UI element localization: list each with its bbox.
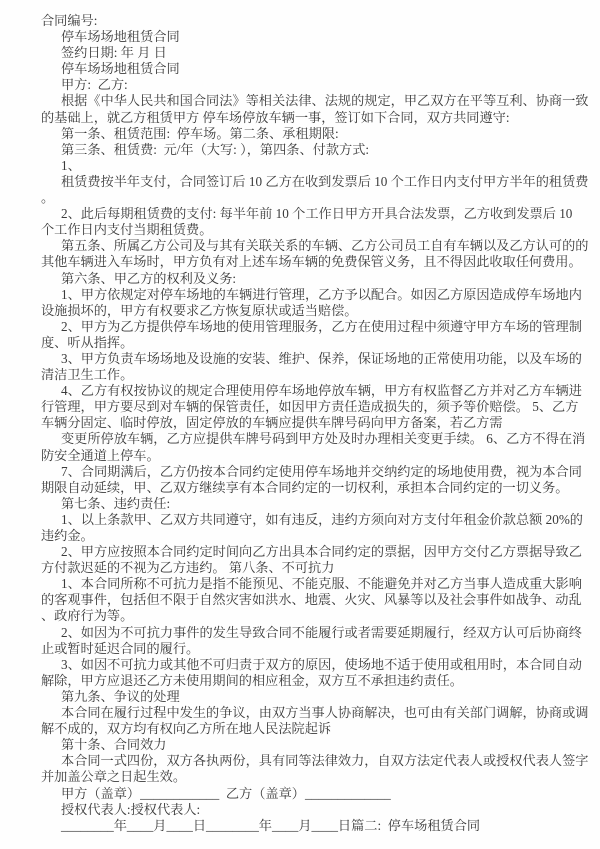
contract-document-page: 合同编号:停车场场地租赁合同签约日期: 年 月 日停车场场地租赁合同甲方: 乙方…	[0, 0, 600, 849]
document-line: 合同编号:	[41, 13, 592, 29]
document-line: 其他车辆进入车场时，甲方负有对上述车场车辆的免费保管义务，且不得因此收取任何费用…	[41, 254, 592, 270]
document-line: 个工作日内支付当期租赁费。	[41, 222, 592, 238]
document-line: 授权代表人:授权代表人:	[41, 802, 592, 818]
document-line: 第九条、争议的处理	[41, 689, 592, 705]
document-line: 止或暂时延迟合同的履行。	[41, 641, 592, 657]
document-line: 甲方（盖章）____________ 乙方（盖章）_____________	[41, 786, 592, 802]
document-line: 车辆分固定、临时停放，固定停放的车辆应提供车牌号码向甲方备案，若乙方需	[41, 415, 592, 431]
document-line: 租赁费按半年支付，合同签订后 10 乙方在收到发票后 10 个工作日内支付甲方半…	[41, 174, 592, 190]
document-line: 2、甲方应按照本合同约定时间向乙方出具本合同约定的票据，因甲方交付乙方票据导致乙	[41, 544, 592, 560]
document-line: 清洁卫生工作。	[41, 367, 592, 383]
document-line: 停车场场地租赁合同	[41, 29, 592, 45]
document-line: 本合同在履行过程中发生的争议，由双方当事人协商解决，也可由有关部门调解，协商或调	[41, 705, 592, 721]
document-line: 2、如因为不可抗力事件的发生导致合同不能履行或者需要延期履行，经双方认可后协商终	[41, 625, 592, 641]
document-line: 第七条、违约责任:	[41, 496, 592, 512]
document-line: 解不成的，双方均有权向乙方所在地人民法院起诉	[41, 721, 592, 737]
document-line: 度、听从指挥。	[41, 335, 592, 351]
document-line: ________年____月____日________年____月____日篇二…	[41, 818, 592, 834]
document-line: 的客观事件，包括但不限于自然灾害如洪水、地震、火灾、风暴等以及社会事件如战争、动…	[41, 592, 592, 608]
document-line: 本合同一式四份，双方各执两份，具有同等法律效力，自双方法定代表人或授权代表人签字	[41, 753, 592, 769]
document-line: 7、合同期满后，乙方仍按本合同约定使用停车场地并交纳约定的场地使用费，视为本合同	[41, 464, 592, 480]
document-line: 2、甲方为乙方提供停车场地的使用管理服务，乙方在使用过程中须遵守甲方车场的管理制	[41, 319, 592, 335]
document-line: 的基础上，就乙方租赁甲方 停车场停放车辆一事，签订如下合同，双方共同遵守:	[41, 110, 592, 126]
document-line: 期限自动延续，甲、乙双方继续享有本合同约定的一切权利，承担本合同约定的一切义务。	[41, 480, 592, 496]
document-line: 1、	[41, 158, 592, 174]
document-line: 设施损坏的，甲方有权要求乙方恢复原状或适当赔偿。	[41, 303, 592, 319]
document-line: 停车场场地租赁合同	[41, 61, 592, 77]
document-line: 方付款迟延的不视为乙方违约。 第八条、不可抗力	[41, 560, 592, 576]
document-line: 并加盖公章之日起生效。	[41, 769, 592, 785]
document-line: 2、此后每期租赁费的支付: 每半年前 10 个工作日甲方开具合法发票，乙方收到发…	[41, 206, 592, 222]
document-line: 变更所停放车辆，乙方应提供车牌号码到甲方处及时办理相关变更手续。 6、乙方不得在…	[41, 431, 592, 447]
document-line: 行管理，甲方要尽到对车辆的保管责任，如因甲方责任造成损失的，须予等价赔偿。 5、…	[41, 399, 592, 415]
document-line: 1、甲方依规定对停车场地的车辆进行管理，乙方予以配合。如因乙方原因造成停车场地内	[41, 287, 592, 303]
document-line: 第一条、租赁范围: 停车场。第二条、承租期限:	[41, 126, 592, 142]
document-line: 第五条、所属乙方公司及与其有关联关系的车辆、乙方公司员工自有车辆以及乙方认可的的	[41, 238, 592, 254]
document-line: 签约日期: 年 月 日	[41, 45, 592, 61]
document-body: 合同编号:停车场场地租赁合同签约日期: 年 月 日停车场场地租赁合同甲方: 乙方…	[0, 0, 600, 834]
document-line: 第十条、合同效力	[41, 737, 592, 753]
document-line: 根据《中华人民共和国合同法》等相关法律、法规的规定，甲乙双方在平等互利、协商一致	[41, 93, 592, 109]
document-line: 第六条、甲乙方的权利及义务:	[41, 271, 592, 287]
document-line: 甲方: 乙方:	[41, 77, 592, 93]
document-line: 违约金。	[41, 528, 592, 544]
document-line: 第三条、租赁费: 元/年（大写: ），第四条、付款方式:	[41, 142, 592, 158]
document-line: 3、甲方负责车场场地及设施的安装、维护、保养，保证场地的正常使用功能，以及车场的	[41, 351, 592, 367]
document-line: 1、本合同所称不可抗力是指不能预见、不能克服、不能避免并对乙方当事人造成重大影响	[41, 576, 592, 592]
document-line: 3、如因不可抗力或其他不可归责于双方的原因，使场地不适于使用或租用时，本合同自动	[41, 657, 592, 673]
document-line: 防安全通道上停车。	[41, 448, 592, 464]
document-line: 1、以上条款甲、乙双方共同遵守，如有违反，违约方须向对方支付年租金价款总额 20…	[41, 512, 592, 528]
document-line: 解除，甲方应退还乙方未使用期间的相应租金，双方互不承担违约责任。	[41, 673, 592, 689]
document-line: 4、乙方有权按协议的规定合理使用停车场地停放车辆，甲方有权监督乙方并对乙方车辆进	[41, 383, 592, 399]
document-line: 。	[41, 190, 592, 206]
document-line: 、政府行为等。	[41, 608, 592, 624]
